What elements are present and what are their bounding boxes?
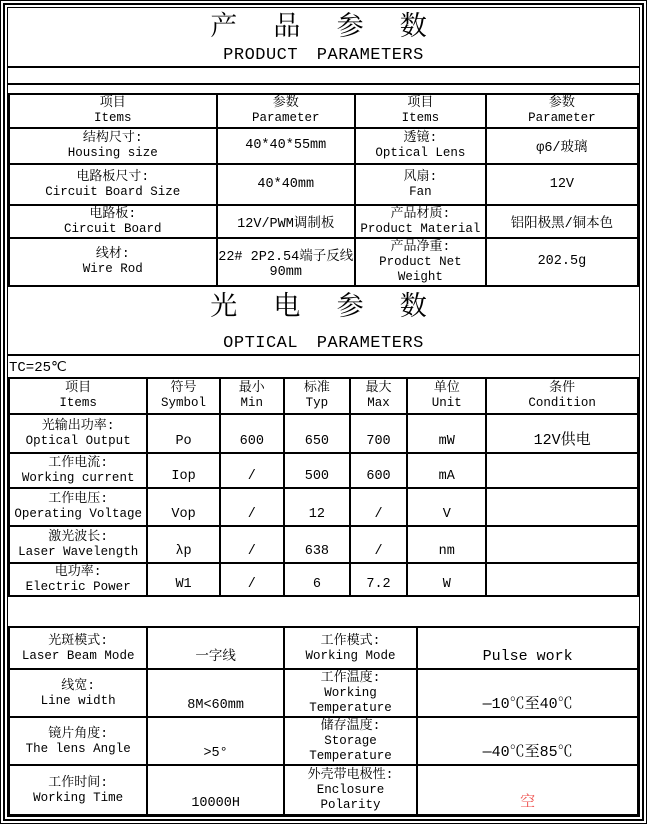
product-title-zh: 产 品 参 数 — [8, 12, 639, 46]
item-value-cell: 40*40mm — [217, 164, 355, 205]
table-row: 电功率:Electric Power W1 / 6 7.2 W — [9, 563, 638, 596]
table-header-row: 项目Items 参数Parameter 项目Items 参数Parameter — [9, 94, 638, 128]
item-label-cell: 工作时间:Working Time — [9, 765, 147, 815]
item-value-cell: 40*40*55mm — [217, 128, 355, 164]
item-value-cell: >5° — [147, 717, 283, 765]
header-typ: 标准Typ — [284, 378, 350, 414]
max-cell: / — [350, 526, 407, 563]
item-label-cell: 风扇:Fan — [355, 164, 486, 205]
condition-cell: 12V供电 — [486, 414, 638, 453]
empty-row — [8, 68, 639, 85]
table-row: 工作电流:Working current Iop / 500 600 mA — [9, 453, 638, 488]
item-value-cell: 铝阳极黑/铜本色 — [486, 205, 638, 238]
item-label-cell: 透镜:Optical Lens — [355, 128, 486, 164]
symbol-cell: λp — [147, 526, 219, 563]
item-label-cell: 电功率:Electric Power — [9, 563, 147, 596]
item-label-cell: 工作电流:Working current — [9, 453, 147, 488]
table-row: 激光波长:Laser Wavelength λp / 638 / nm — [9, 526, 638, 563]
item-label-cell: 产品净重:Product Net Weight — [355, 238, 486, 286]
header-max: 最大Max — [350, 378, 407, 414]
header-condition: 条件Condition — [486, 378, 638, 414]
max-cell: 600 — [350, 453, 407, 488]
min-cell: / — [220, 526, 284, 563]
item-label-cell: 结构尺寸:Housing size — [9, 128, 217, 164]
unit-cell: V — [407, 488, 486, 526]
item-label-cell: 工作模式:Working Mode — [284, 627, 417, 669]
item-value-cell: 202.5g — [486, 238, 638, 286]
max-cell: / — [350, 488, 407, 526]
typ-cell: 12 — [284, 488, 350, 526]
typ-cell: 638 — [284, 526, 350, 563]
table-header-row: 项目Items 符号Symbol 最小Min 标准Typ 最大Max 单位Uni… — [9, 378, 638, 414]
product-section-title: 产 品 参 数 PRODUCT PARAMETERS — [8, 8, 639, 68]
min-cell: 600 — [220, 414, 284, 453]
enclosure-polarity-value: 空 — [417, 765, 638, 815]
header-items-right: 项目Items — [355, 94, 486, 128]
test-condition-note: TC=25℃ — [8, 356, 639, 377]
header-items-left: 项目Items — [9, 94, 217, 128]
typ-cell: 650 — [284, 414, 350, 453]
header-symbol: 符号Symbol — [147, 378, 219, 414]
optical-title-en: OPTICAL PARAMETERS — [8, 334, 639, 354]
item-value-cell: 10000H — [147, 765, 283, 815]
item-label-cell: 外壳带电极性:Enclosure Polarity — [284, 765, 417, 815]
min-cell: / — [220, 488, 284, 526]
table-row: 工作时间:Working Time 10000H 外壳带电极性:Enclosur… — [9, 765, 638, 815]
min-cell: / — [220, 453, 284, 488]
header-items: 项目Items — [9, 378, 147, 414]
optical-parameters-table: 项目Items 符号Symbol 最小Min 标准Typ 最大Max 单位Uni… — [8, 377, 639, 597]
header-min: 最小Min — [220, 378, 284, 414]
item-value-cell: 12V/PWM调制板 — [217, 205, 355, 238]
item-value-cell: —40℃至85℃ — [417, 717, 638, 765]
item-value-cell: 12V — [486, 164, 638, 205]
item-label-cell: 镜片角度:The lens Angle — [9, 717, 147, 765]
table-row: 光斑模式:Laser Beam Mode 一字线 工作模式:Working Mo… — [9, 627, 638, 669]
condition-cell — [486, 488, 638, 526]
item-label-cell: 光斑模式:Laser Beam Mode — [9, 627, 147, 669]
item-label-cell: 电路板:Circuit Board — [9, 205, 217, 238]
typ-cell: 6 — [284, 563, 350, 596]
condition-cell — [486, 453, 638, 488]
condition-cell — [486, 563, 638, 596]
item-label-cell: 激光波长:Laser Wavelength — [9, 526, 147, 563]
header-parameter-left: 参数Parameter — [217, 94, 355, 128]
symbol-cell: Iop — [147, 453, 219, 488]
table-row: 镜片角度:The lens Angle >5° 储存温度:Storage Tem… — [9, 717, 638, 765]
symbol-cell: W1 — [147, 563, 219, 596]
table-row: 电路板:Circuit Board 12V/PWM调制板 产品材质:Produc… — [9, 205, 638, 238]
header-parameter-right: 参数Parameter — [486, 94, 638, 128]
table-row: 光输出功率:Optical Output Po 600 650 700 mW 1… — [9, 414, 638, 453]
item-label-cell: 线宽:Line width — [9, 669, 147, 717]
table-row: 线材:Wire Rod 22# 2P2.54端子反线90mm 产品净重:Prod… — [9, 238, 638, 286]
sheet-content: 产 品 参 数 PRODUCT PARAMETERS 项目Items 参数Par… — [7, 7, 640, 817]
table-row: 工作电压:Operating Voltage Vop / 12 / V — [9, 488, 638, 526]
item-value-cell: 一字线 — [147, 627, 283, 669]
min-cell: / — [220, 563, 284, 596]
unit-cell: mW — [407, 414, 486, 453]
max-cell: 7.2 — [350, 563, 407, 596]
unit-cell: mA — [407, 453, 486, 488]
typ-cell: 500 — [284, 453, 350, 488]
product-parameters-table: 项目Items 参数Parameter 项目Items 参数Parameter … — [8, 93, 639, 287]
max-cell: 700 — [350, 414, 407, 453]
product-spec-sheet: 产 品 参 数 PRODUCT PARAMETERS 项目Items 参数Par… — [0, 0, 647, 824]
symbol-cell: Vop — [147, 488, 219, 526]
item-value-cell: 22# 2P2.54端子反线90mm — [217, 238, 355, 286]
item-label-cell: 工作电压:Operating Voltage — [9, 488, 147, 526]
item-label-cell: 工作温度:Working Temperature — [284, 669, 417, 717]
item-value-cell: φ6/玻璃 — [486, 128, 638, 164]
item-value-cell: 8M<60mm — [147, 669, 283, 717]
product-title-en: PRODUCT PARAMETERS — [8, 46, 639, 66]
beam-spec-table: 光斑模式:Laser Beam Mode 一字线 工作模式:Working Mo… — [8, 626, 639, 816]
empty-row — [8, 597, 639, 627]
unit-cell: nm — [407, 526, 486, 563]
item-label-cell: 线材:Wire Rod — [9, 238, 217, 286]
item-value-cell: Pulse work — [417, 627, 638, 669]
item-label-cell: 电路板尺寸:Circuit Board Size — [9, 164, 217, 205]
header-unit: 单位Unit — [407, 378, 486, 414]
optical-section-title: 光 电 参 数 OPTICAL PARAMETERS — [8, 287, 639, 356]
condition-cell — [486, 526, 638, 563]
table-row: 结构尺寸:Housing size 40*40*55mm 透镜:Optical … — [9, 128, 638, 164]
item-label-cell: 产品材质:Product Material — [355, 205, 486, 238]
symbol-cell: Po — [147, 414, 219, 453]
spacer — [8, 85, 639, 93]
optical-title-zh: 光 电 参 数 — [8, 292, 639, 326]
table-row: 电路板尺寸:Circuit Board Size 40*40mm 风扇:Fan … — [9, 164, 638, 205]
item-label-cell: 光输出功率:Optical Output — [9, 414, 147, 453]
item-label-cell: 储存温度:Storage Temperature — [284, 717, 417, 765]
item-value-cell: —10℃至40℃ — [417, 669, 638, 717]
unit-cell: W — [407, 563, 486, 596]
table-row: 线宽:Line width 8M<60mm 工作温度:Working Tempe… — [9, 669, 638, 717]
